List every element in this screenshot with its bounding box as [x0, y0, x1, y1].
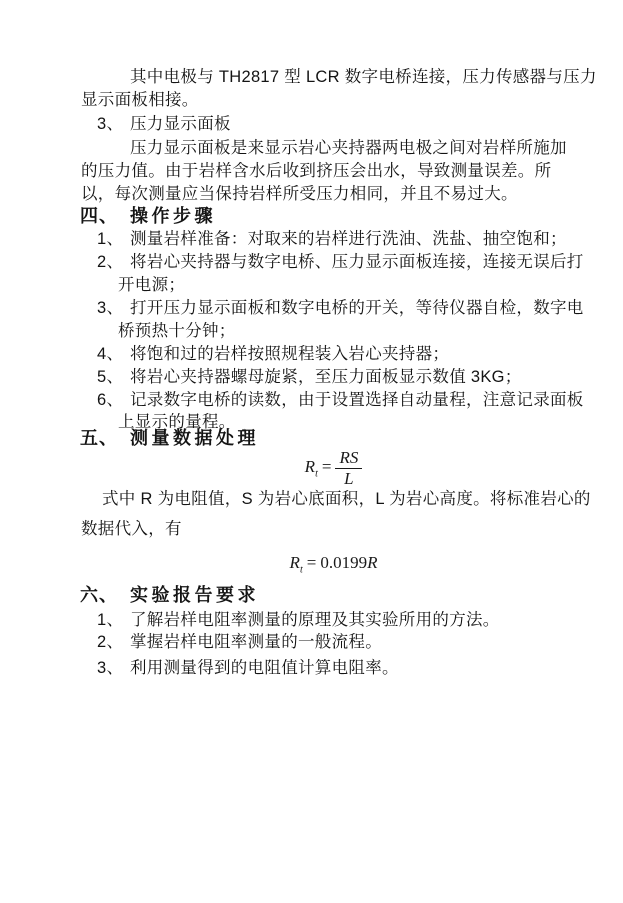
- step-item-1: 1、测量岩样准备：对取来的岩样进行洗油、洗盐、抽空饱和；: [81, 229, 567, 250]
- list-item-number: 3、: [97, 114, 130, 135]
- list-item-number: 3、: [97, 658, 130, 679]
- report-text: 掌握岩样电阻率测量的一般流程。: [130, 633, 382, 651]
- section-number: 四、: [80, 206, 130, 227]
- report-text: 了解岩样电阻率测量的原理及其实验所用的方法。: [130, 611, 500, 629]
- section-heading-5: 五、测量数据处理: [80, 428, 259, 449]
- step-item-3: 3、打开压力显示面板和数字电桥的开关，等待仪器自检，数字电: [81, 298, 584, 319]
- formula-variable: R: [367, 553, 377, 572]
- fraction: RSL: [335, 449, 362, 488]
- list-item-number: 1、: [97, 229, 130, 250]
- section-number: 六、: [80, 585, 130, 606]
- step-text: 测量岩样准备：对取来的岩样进行洗油、洗盐、抽空饱和；: [130, 230, 567, 248]
- pressure-paragraph-line: 以，每次测量应当保持岩样所受压力相同，并且不易过大。: [81, 184, 518, 205]
- section-number: 五、: [80, 428, 130, 449]
- equals-sign: =: [303, 553, 321, 572]
- step-text: 打开压力显示面板和数字电桥的开关，等待仪器自检，数字电: [130, 299, 584, 317]
- step-item-4: 4、将饱和过的岩样按照规程装入岩心夹持器；: [81, 344, 449, 365]
- step-item-3-wrap: 桥预热十分钟；: [81, 321, 236, 342]
- document-page: 其中电极与 TH2817 型 LCR 数字电桥连接，压力传感器与压力 显示面板相…: [0, 0, 623, 903]
- section-title: 实验报告要求: [130, 585, 259, 605]
- step-item-5: 5、将岩心夹持器螺母旋紧，至压力面板显示数值 3KG；: [81, 367, 522, 388]
- report-item-1: 1、了解岩样电阻率测量的原理及其实验所用的方法。: [81, 610, 500, 631]
- formula-lhs: Rt: [305, 457, 318, 476]
- step-text: 将饱和过的岩样按照规程装入岩心夹持器；: [130, 345, 449, 363]
- step-text: 将岩心夹持器与数字电桥、压力显示面板连接，连接无误后打: [130, 253, 584, 271]
- step-item-6: 6、记录数字电桥的读数，由于设置选择自动量程，注意记录面板: [81, 390, 584, 411]
- formula-result: Rt=0.0199R: [0, 553, 623, 575]
- step-item-2-wrap: 开电源；: [81, 275, 185, 296]
- formula-lhs: Rt: [290, 553, 303, 572]
- list-item-number: 1、: [97, 610, 130, 631]
- list-item-number: 6、: [97, 390, 130, 411]
- intro-paragraph-line: 其中电极与 TH2817 型 LCR 数字电桥连接，压力传感器与压力: [81, 67, 597, 88]
- formula-coefficient: 0.0199: [320, 553, 367, 572]
- list-item-number: 2、: [97, 632, 130, 653]
- list-item-number: 5、: [97, 367, 130, 388]
- list-item-number: 3、: [97, 298, 130, 319]
- step-text: 记录数字电桥的读数，由于设置选择自动量程，注意记录面板: [130, 391, 584, 409]
- section-title: 测量数据处理: [130, 428, 259, 448]
- report-item-3: 3、利用测量得到的电阻值计算电阻率。: [81, 658, 399, 679]
- formula-explanation-line: 数据代入，有: [81, 519, 182, 540]
- formula-resistivity: Rt=RSL: [0, 449, 623, 488]
- intro-paragraph-line: 显示面板相接。: [81, 90, 199, 111]
- list-item-pressure-panel: 3、压力显示面板: [81, 114, 231, 135]
- report-text: 利用测量得到的电阻值计算电阻率。: [130, 659, 399, 677]
- pressure-paragraph-line: 压力显示面板是来显示岩心夹持器两电极之间对岩样所施加: [81, 138, 567, 159]
- section-heading-4: 四、操作步骤: [80, 206, 216, 227]
- fraction-denominator: L: [335, 469, 362, 488]
- list-item-title: 压力显示面板: [130, 115, 231, 133]
- step-text: 将岩心夹持器螺母旋紧，至压力面板显示数值 3KG；: [130, 368, 522, 386]
- pressure-paragraph-line: 的压力值。由于岩样含水后收到挤压会出水，导致测量误差。所: [81, 161, 551, 182]
- report-item-2: 2、掌握岩样电阻率测量的一般流程。: [81, 632, 382, 653]
- formula-explanation-line: 式中 R 为电阻值，S 为岩心底面积，L 为岩心高度。将标准岩心的: [81, 489, 591, 510]
- step-item-2: 2、将岩心夹持器与数字电桥、压力显示面板连接，连接无误后打: [81, 252, 584, 273]
- section-title: 操作步骤: [130, 206, 216, 226]
- equals-sign: =: [318, 457, 336, 476]
- fraction-numerator: RS: [335, 449, 362, 469]
- list-item-number: 2、: [97, 252, 130, 273]
- list-item-number: 4、: [97, 344, 130, 365]
- section-heading-6: 六、实验报告要求: [80, 585, 259, 606]
